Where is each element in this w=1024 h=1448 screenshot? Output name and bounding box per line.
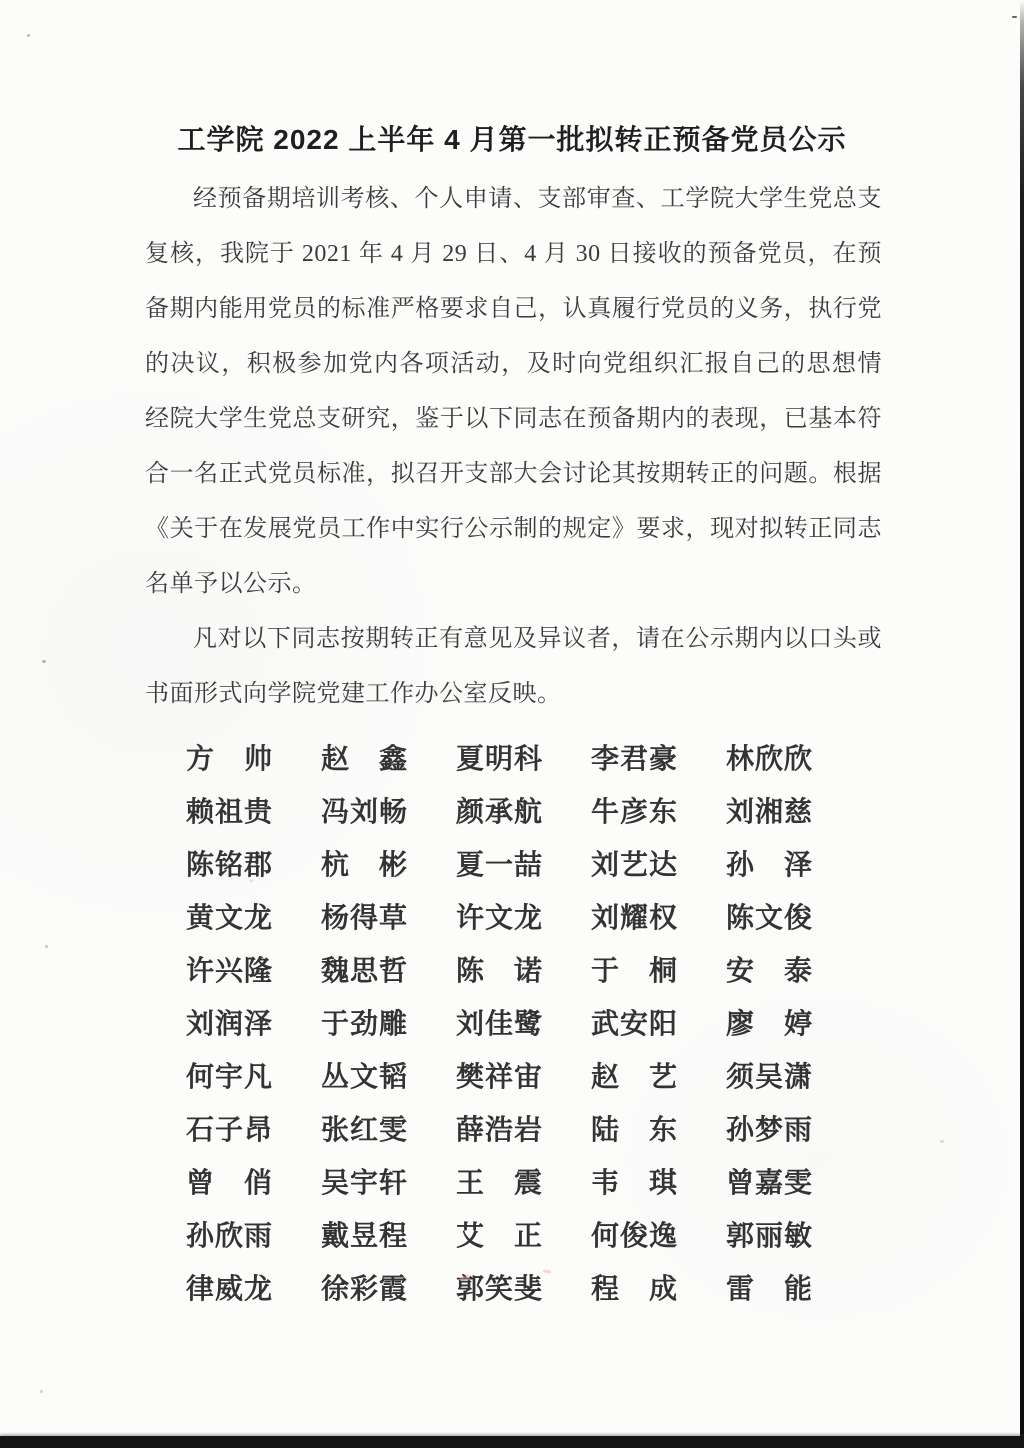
name-cell: 武安阳	[591, 998, 726, 1051]
body-paragraphs: 经预备期培训考核、个人申请、支部审查、工学院大学生党总支复核，我院于 2021 …	[145, 172, 882, 722]
name-cell: 于劲雕	[321, 998, 456, 1051]
scan-edge-bottom	[0, 1436, 1024, 1448]
name-cell: 须吴潇	[726, 1051, 861, 1104]
name-cell: 孙梦雨	[726, 1104, 861, 1157]
name-cell: 律威龙	[186, 1263, 321, 1316]
name-cell: 刘湘慈	[726, 786, 861, 839]
name-cell: 林欣欣	[726, 733, 861, 786]
body-line: 经预备期培训考核、个人申请、支部审查、工学院大学生党总支	[145, 172, 882, 227]
name-cell: 郭丽敏	[726, 1210, 861, 1263]
name-cell: 何宇凡	[186, 1051, 321, 1104]
name-cell: 刘耀权	[591, 892, 726, 945]
name-cell: 孙 泽	[726, 839, 861, 892]
name-cell: 赖祖贵	[186, 786, 321, 839]
name-cell: 陈文俊	[726, 892, 861, 945]
name-cell: 杨得草	[321, 892, 456, 945]
name-cell: 冯刘畅	[321, 786, 456, 839]
body-line: 《关于在发展党员工作中实行公示制的规定》要求，现对拟转正同志	[145, 502, 882, 557]
scan-speck	[1012, 16, 1017, 18]
scanned-document-page: 工学院 2022 上半年 4 月第一批拟转正预备党员公示 经预备期培训考核、个人…	[0, 0, 1024, 1448]
name-cell: 杭 彬	[321, 839, 456, 892]
name-cell: 刘佳鹭	[456, 998, 591, 1051]
name-cell: 程 成	[591, 1263, 726, 1316]
body-line: 经院大学生党总支研究，鉴于以下同志在预备期内的表现，已基本符	[145, 392, 882, 447]
scan-speck	[250, 880, 253, 882]
name-cell: 郭笑斐	[456, 1263, 591, 1316]
name-cell: 李君豪	[591, 733, 726, 786]
name-cell: 薛浩岩	[456, 1104, 591, 1157]
name-cell: 陈铭郡	[186, 839, 321, 892]
body-line: 的决议，积极参加党内各项活动，及时向党组织汇报自己的思想情况。	[145, 337, 882, 392]
name-cell: 曾嘉雯	[726, 1157, 861, 1210]
name-cell: 颜承航	[456, 786, 591, 839]
scan-speck	[40, 1390, 43, 1393]
name-cell: 夏明科	[456, 733, 591, 786]
scan-speck	[45, 945, 48, 948]
name-cell: 黄文龙	[186, 892, 321, 945]
name-cell: 廖 婷	[726, 998, 861, 1051]
name-cell: 樊祥宙	[456, 1051, 591, 1104]
name-cell: 陈 诺	[456, 945, 591, 998]
name-cell: 孙欣雨	[186, 1210, 321, 1263]
body-line: 复核，我院于 2021 年 4 月 29 日、4 月 30 日接收的预备党员，在…	[145, 227, 882, 282]
name-cell: 吴宇轩	[321, 1157, 456, 1210]
page-title: 工学院 2022 上半年 4 月第一批拟转正预备党员公示	[0, 118, 1024, 158]
scan-edge-right	[1020, 0, 1024, 1448]
name-cell: 许文龙	[456, 892, 591, 945]
name-cell: 陆 东	[591, 1104, 726, 1157]
scan-speck	[27, 34, 30, 37]
name-cell: 戴昱程	[321, 1210, 456, 1263]
name-cell: 韦 琪	[591, 1157, 726, 1210]
name-cell: 许兴隆	[186, 945, 321, 998]
body-line: 备期内能用党员的标准严格要求自己，认真履行党员的义务，执行党	[145, 282, 882, 337]
scan-speck	[42, 660, 46, 663]
name-cell: 赵 艺	[591, 1051, 726, 1104]
name-cell: 艾 正	[456, 1210, 591, 1263]
name-cell: 丛文韬	[321, 1051, 456, 1104]
name-cell: 刘艺达	[591, 839, 726, 892]
scan-speck	[940, 1140, 944, 1143]
body-line: 名单予以公示。	[145, 557, 882, 612]
name-cell: 于 桐	[591, 945, 726, 998]
name-cell: 方 帅	[186, 733, 321, 786]
name-cell: 赵 鑫	[321, 733, 456, 786]
name-cell: 魏思哲	[321, 945, 456, 998]
name-cell: 曾 俏	[186, 1157, 321, 1210]
name-cell: 牛彦东	[591, 786, 726, 839]
name-cell: 安 泰	[726, 945, 861, 998]
name-cell: 石子昂	[186, 1104, 321, 1157]
name-cell: 刘润泽	[186, 998, 321, 1051]
name-cell: 王 震	[456, 1157, 591, 1210]
name-cell: 何俊逸	[591, 1210, 726, 1263]
name-cell: 夏一喆	[456, 839, 591, 892]
body-line: 合一名正式党员标准，拟召开支部大会讨论其按期转正的问题。根据	[145, 447, 882, 502]
name-cell: 雷 能	[726, 1263, 861, 1316]
name-cell: 张红雯	[321, 1104, 456, 1157]
name-cell: 徐彩霞	[321, 1263, 456, 1316]
body-line: 凡对以下同志按期转正有意见及异议者，请在公示期内以口头或	[145, 612, 882, 667]
body-line: 书面形式向学院党建工作办公室反映。	[145, 667, 882, 722]
names-grid: 方 帅赵 鑫夏明科李君豪林欣欣赖祖贵冯刘畅颜承航牛彦东刘湘慈陈铭郡杭 彬夏一喆刘…	[186, 733, 861, 1316]
